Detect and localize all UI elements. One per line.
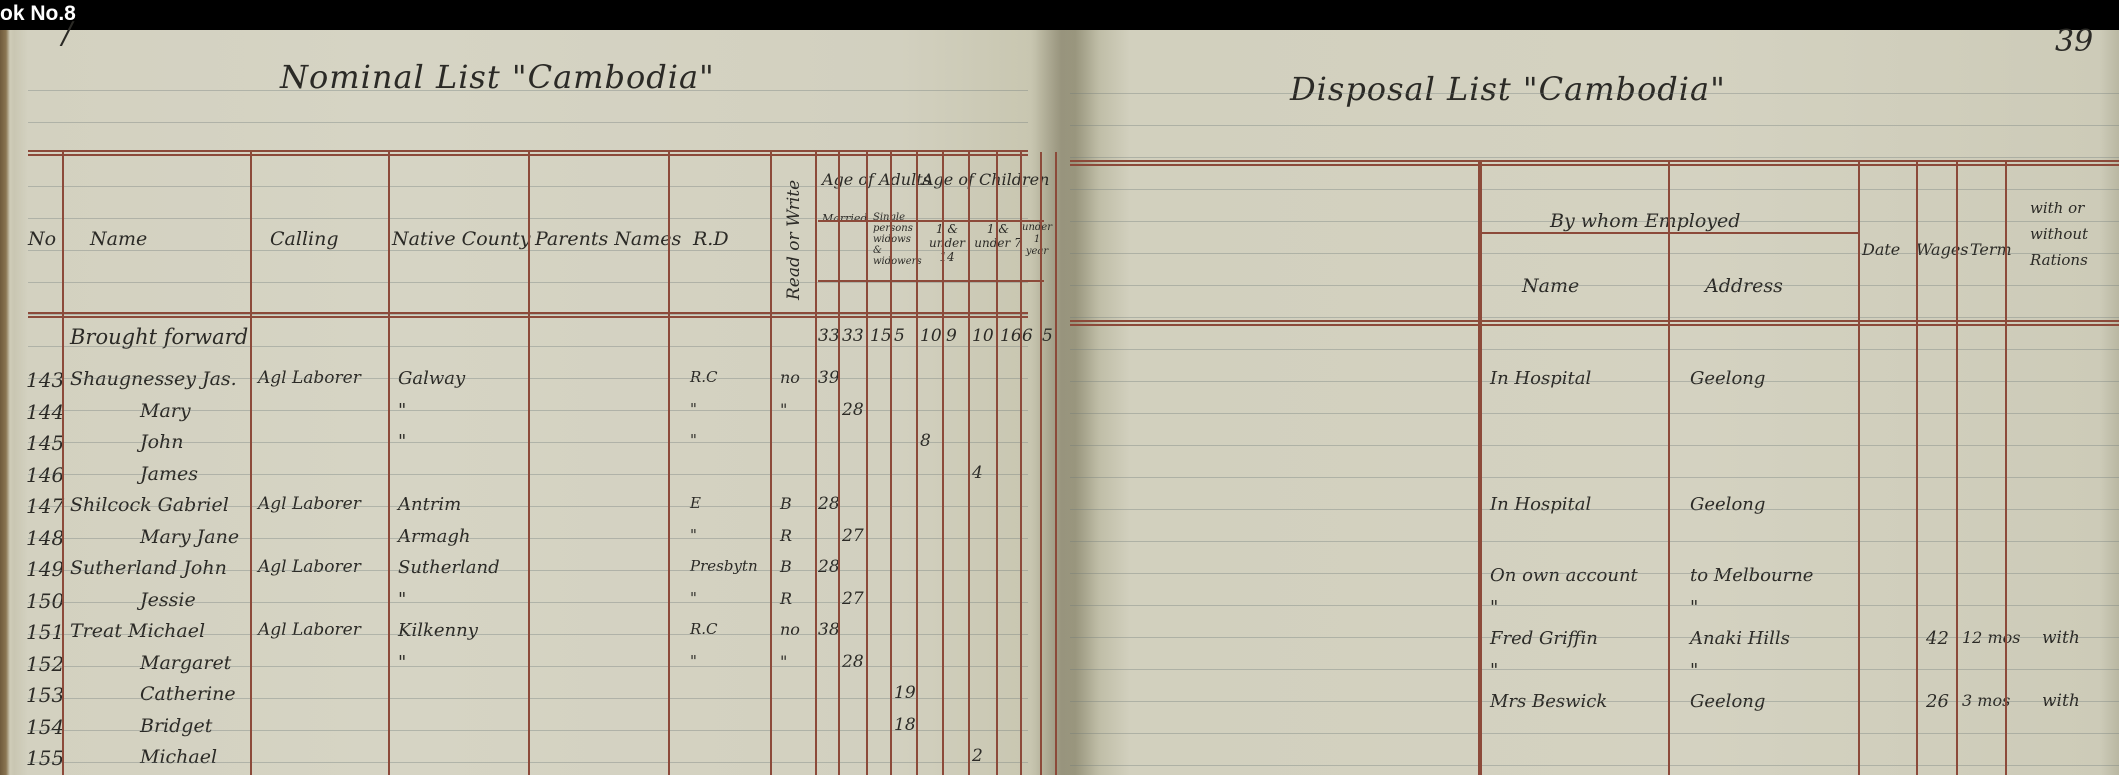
entry-native-county: ": [398, 652, 406, 673]
entry-name: Catherine: [140, 683, 236, 705]
column-rule: [250, 152, 252, 775]
red-rule: [1070, 160, 2119, 162]
column-rule: [1858, 162, 1860, 775]
column-rule: [668, 152, 670, 775]
entry-number: 149: [26, 557, 64, 581]
entry-read-or-write: ": [780, 400, 787, 419]
employer-address: Anaki Hills: [1690, 628, 1790, 649]
employer-address: to Melbourne: [1690, 565, 1813, 586]
entry-number: 151: [26, 620, 64, 644]
ruled-line: [1070, 285, 2119, 286]
column-rule: [890, 152, 892, 775]
brought-forward-value: 6: [1022, 326, 1033, 346]
entry-religious-denomination: ": [690, 400, 697, 418]
entry-native-county: ": [398, 589, 406, 610]
entry-number: 145: [26, 431, 64, 455]
employer-name: On own account: [1490, 565, 1638, 586]
column-rule: [866, 152, 868, 775]
col-header-1-under-14: 1 & under 14: [922, 222, 972, 264]
entry-number: 144: [26, 400, 64, 424]
entry-number: 154: [26, 715, 64, 739]
column-rule: [996, 152, 998, 775]
entry-calling: Agl Laborer: [258, 494, 361, 514]
ruled-line: [1070, 733, 2119, 734]
col-header-rd: R.D: [693, 228, 729, 250]
entry-native-county: Sutherland: [398, 557, 500, 578]
entry-religious-denomination: R.C: [690, 368, 718, 386]
ledger-spread: Nominal List "Cambodia" / Disposal List …: [0, 30, 2119, 775]
ruled-line: [1070, 445, 2119, 446]
entry-age: 38: [818, 620, 840, 640]
column-rule: [1040, 152, 1042, 775]
column-rule: [1956, 162, 1958, 775]
column-rule: [1668, 162, 1670, 775]
employer-address: ": [1690, 597, 1698, 618]
entry-calling: Agl Laborer: [258, 557, 361, 577]
employer-address: Geelong: [1690, 494, 1765, 515]
ruled-line: [1070, 765, 2119, 766]
employer-address: Geelong: [1690, 368, 1765, 389]
ruled-line: [1070, 381, 2119, 382]
brought-forward-value: 9: [946, 326, 957, 346]
entry-calling: Agl Laborer: [258, 620, 361, 640]
entry-age: 8: [920, 431, 931, 451]
brought-forward-value: 16: [1000, 326, 1022, 346]
ruled-line: [1070, 477, 2119, 478]
column-rule: [1055, 152, 1057, 775]
page-number: 39: [2055, 24, 2093, 59]
entry-number: 150: [26, 589, 64, 613]
column-rule: [2005, 162, 2007, 775]
entry-age: 28: [842, 652, 864, 672]
entry-religious-denomination: ": [690, 589, 697, 607]
ruled-line: [1070, 669, 2119, 670]
column-rule: [1480, 162, 1482, 775]
ruled-line: [28, 90, 1028, 91]
ruled-line: [1070, 125, 2119, 126]
entry-age: 18: [894, 715, 916, 735]
column-rule: [815, 152, 817, 775]
ruled-line: [1070, 221, 2119, 222]
entry-name: Sutherland John: [70, 557, 227, 579]
entry-native-county: Antrim: [398, 494, 461, 515]
col-header-native-county: Native County: [392, 228, 531, 250]
col-header-no: No: [28, 228, 56, 250]
brought-forward-value: 33: [818, 326, 840, 346]
entry-religious-denomination: E: [690, 494, 701, 512]
column-rule: [528, 152, 530, 775]
entry-name: Treat Michael: [70, 620, 205, 642]
column-rule: [1020, 152, 1022, 775]
employer-name: Fred Griffin: [1490, 628, 1598, 649]
col-header-employer-address: Address: [1705, 275, 1783, 297]
col-header-wages: Wages: [1916, 240, 1969, 259]
column-rule: [1916, 162, 1918, 775]
ruled-line: [1070, 605, 2119, 606]
entry-native-county: Armagh: [398, 526, 471, 547]
column-rule: [770, 152, 772, 775]
rations-value: with: [2042, 628, 2080, 648]
brought-forward-value: 10: [920, 326, 942, 346]
ruled-line: [1070, 349, 2119, 350]
entry-read-or-write: B: [780, 557, 792, 576]
entry-age: 19: [894, 683, 916, 703]
brought-forward-value: 5: [1042, 326, 1053, 346]
employer-name: In Hospital: [1490, 494, 1591, 515]
column-rule: [942, 152, 944, 775]
red-rule: [1070, 320, 2119, 322]
ruled-line: [1070, 573, 2119, 574]
wages-value: 42: [1926, 628, 1949, 649]
entry-religious-denomination: R.C: [690, 620, 718, 638]
employer-name: ": [1490, 660, 1498, 681]
ruled-line: [1070, 701, 2119, 702]
column-rule: [838, 152, 840, 775]
red-rule: [1070, 164, 2119, 166]
entry-religious-denomination: ": [690, 431, 697, 449]
brought-forward-value: 10: [972, 326, 994, 346]
ruled-line: [1070, 189, 2119, 190]
entry-number: 155: [26, 746, 64, 770]
ruled-line: [1070, 413, 2119, 414]
entry-name: Shilcock Gabriel: [70, 494, 229, 516]
col-header-name: Name: [90, 228, 147, 250]
ruled-line: [1070, 637, 2119, 638]
entry-name: Michael: [140, 746, 217, 768]
col-header-date: Date: [1862, 240, 1900, 259]
employer-name: In Hospital: [1490, 368, 1591, 389]
entry-read-or-write: ": [780, 652, 787, 671]
brought-forward-value: 5: [894, 326, 905, 346]
entry-read-or-write: no: [780, 620, 800, 639]
entry-native-county: Kilkenny: [398, 620, 478, 641]
entry-number: 143: [26, 368, 64, 392]
entry-age: 27: [842, 589, 864, 609]
col-header-calling: Calling: [270, 228, 339, 250]
window-title: ok No.8: [0, 0, 2119, 30]
entry-name: Mary Jane: [140, 526, 239, 548]
entry-number: 153: [26, 683, 64, 707]
ruled-line: [1070, 93, 2119, 94]
entry-age: 28: [818, 494, 840, 514]
entry-name: Shaugnessey Jas.: [70, 368, 237, 390]
brought-forward-value: 33: [842, 326, 864, 346]
entry-religious-denomination: ": [690, 526, 697, 544]
entry-age: 4: [972, 463, 983, 483]
entry-age: 27: [842, 526, 864, 546]
col-header-rations: with or without Rations: [2030, 195, 2115, 273]
ruled-line: [1070, 157, 2119, 158]
employer-address: ": [1690, 660, 1698, 681]
col-header-employer-name: Name: [1522, 275, 1579, 297]
entry-religious-denomination: Presbytn: [690, 557, 758, 575]
brought-forward-value: 15: [870, 326, 892, 346]
entry-number: 152: [26, 652, 64, 676]
entry-read-or-write: R: [780, 526, 792, 545]
column-rule: [388, 152, 390, 775]
col-header-1-under-7: 1 & under 7: [973, 222, 1023, 250]
entry-name: Margaret: [140, 652, 231, 674]
col-header-parents-names: Parents Names: [535, 228, 681, 250]
entry-name: Bridget: [140, 715, 212, 737]
entry-name: Jessie: [140, 589, 196, 611]
ruled-line: [1070, 509, 2119, 510]
column-rule: [62, 152, 64, 775]
entry-age: 2: [972, 746, 983, 766]
entry-read-or-write: B: [780, 494, 792, 513]
entry-read-or-write: R: [780, 589, 792, 608]
ruled-line: [28, 122, 1028, 123]
red-rule: [818, 220, 1044, 222]
red-rule: [818, 280, 1044, 282]
red-rule: [1070, 324, 2119, 326]
employer-name: ": [1490, 597, 1498, 618]
column-rule: [916, 152, 918, 775]
ruled-line: [1070, 317, 2119, 318]
column-rule: [968, 152, 970, 775]
col-header-under-1-year: under 1 year: [1022, 222, 1052, 258]
disposal-list-title: Disposal List "Cambodia": [1290, 70, 1726, 108]
ruled-line: [1070, 253, 2119, 254]
ruled-line: [1070, 541, 2119, 542]
page-mark: /: [62, 16, 72, 51]
entry-age: 28: [818, 557, 840, 577]
